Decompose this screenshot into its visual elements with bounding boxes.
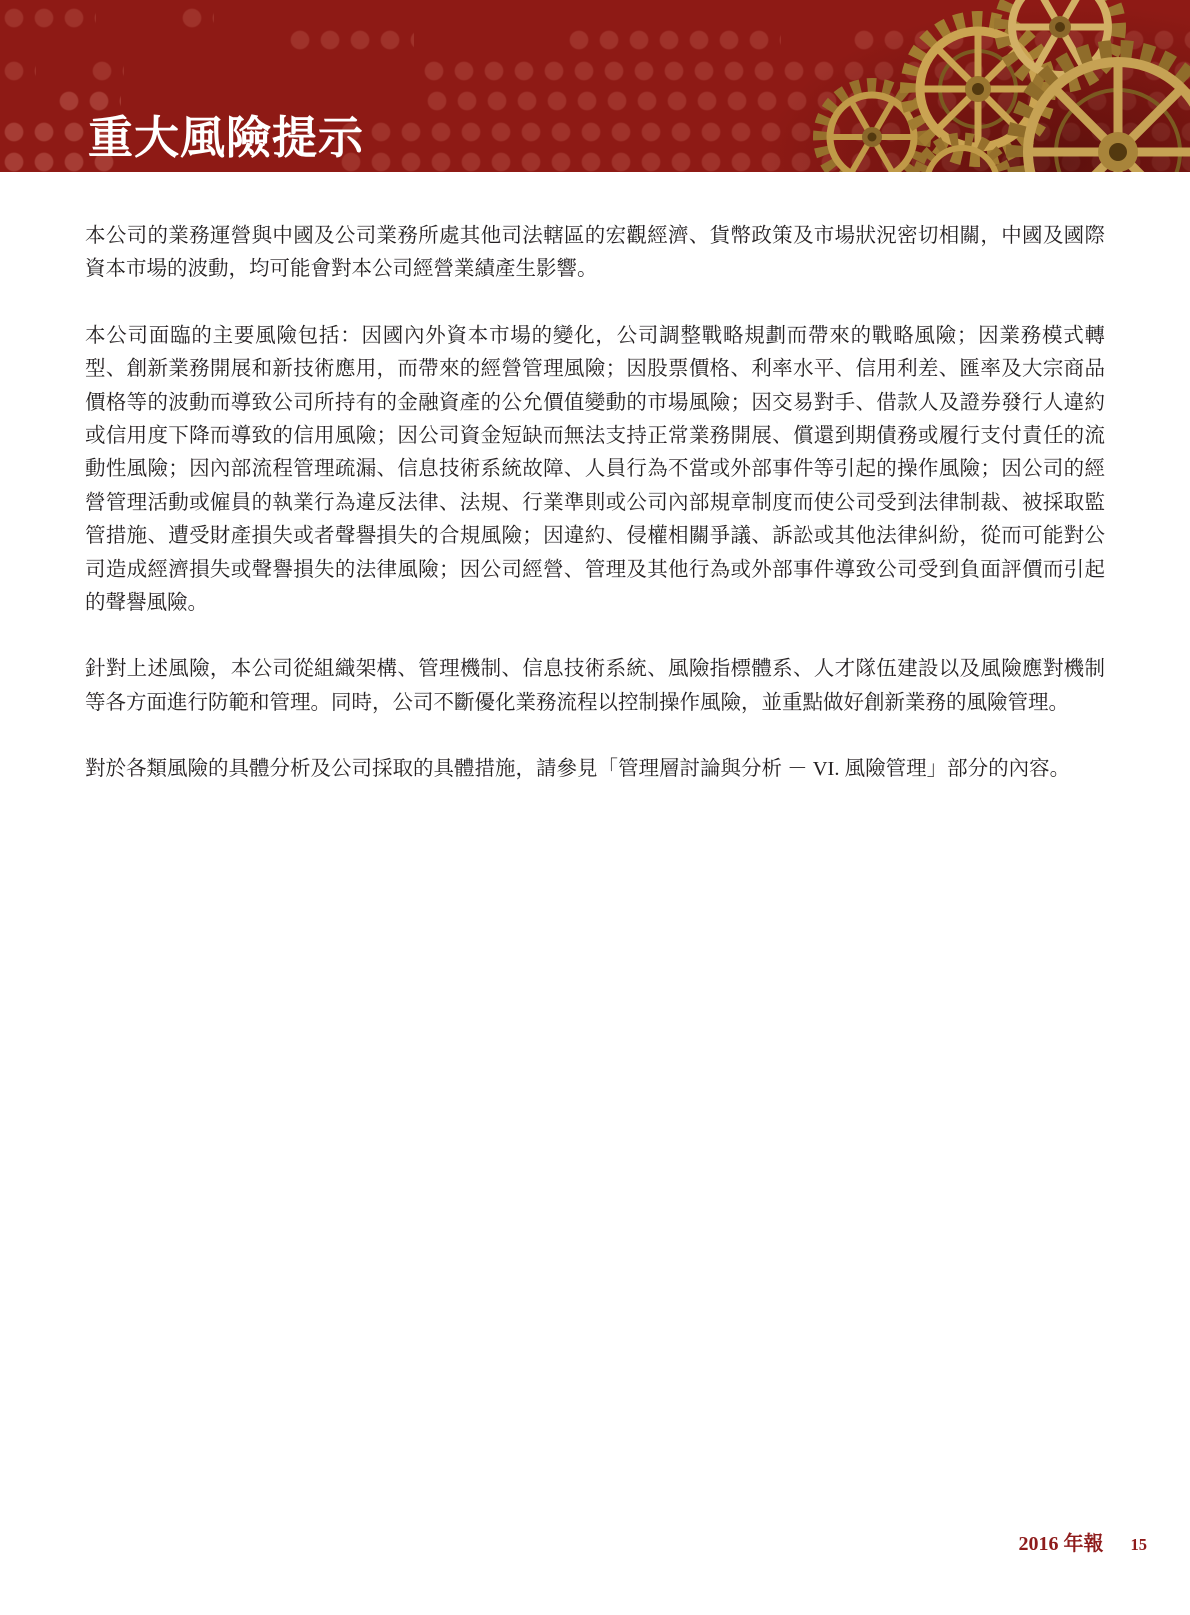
dot-row	[565, 26, 781, 56]
dot-row	[178, 4, 214, 34]
page-footer: 2016 年報15	[1019, 1527, 1148, 1556]
report-label: 2016 年報	[1019, 1533, 1104, 1555]
page-header: 重大風險提示	[0, 0, 1190, 172]
dot-row	[0, 4, 96, 34]
dot-row	[0, 57, 36, 87]
page-title: 重大風險提示	[88, 114, 364, 164]
dot-row	[286, 26, 414, 56]
dot-row	[88, 57, 124, 87]
gears-icon	[810, 0, 1190, 172]
paragraph-reference: 對於各類風險的具體分析及公司採取的具體措施，請參見「管理層討論與分析 － VI.…	[85, 753, 1105, 786]
report-page: 重大風險提示 本公司的業務運營與中國及公司業務所處其他司法轄區的宏觀經濟、貨幣政…	[0, 0, 1190, 1615]
gear-left	[820, 85, 924, 172]
paragraph-overview: 本公司的業務運營與中國及公司業務所處其他司法轄區的宏觀經濟、貨幣政策及市場狀況密…	[85, 220, 1105, 287]
page-number: 15	[1131, 1535, 1148, 1554]
paragraph-risk-management: 針對上述風險，本公司從組織架構、管理機制、信息技術系統、風險指標體系、人才隊伍建…	[85, 653, 1105, 720]
paragraph-main-risks: 本公司面臨的主要風險包括：因國內外資本市場的變化，公司調整戰略規劃而帶來的戰略風…	[85, 320, 1105, 621]
body-content: 本公司的業務運營與中國及公司業務所處其他司法轄區的宏觀經濟、貨幣政策及市場狀況密…	[85, 220, 1105, 820]
